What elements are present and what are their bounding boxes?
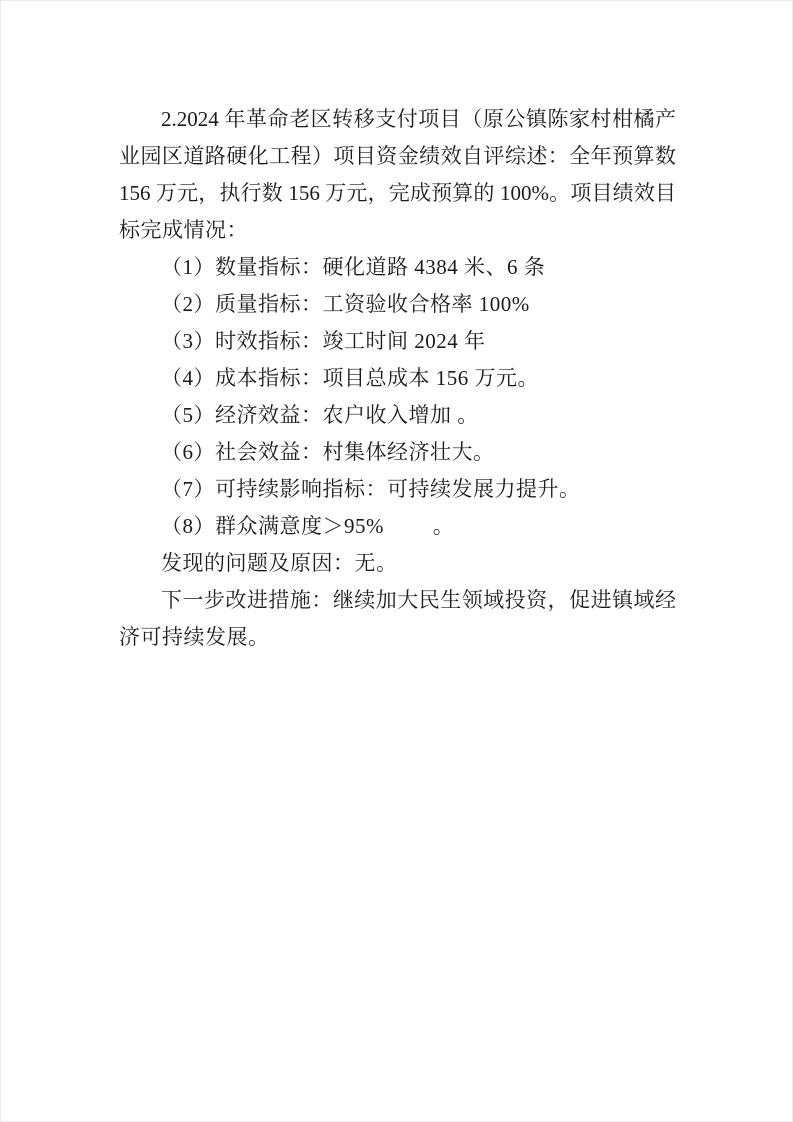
text-line: （3）时效指标：竣工时间 2024 年 bbox=[119, 323, 676, 360]
text-line: 2.2024 年革命老区转移支付项目（原公镇陈家村柑橘产 bbox=[119, 101, 676, 138]
text-line: 标完成情况： bbox=[119, 212, 676, 249]
text-line: （2）质量指标：工资验收合格率 100% bbox=[119, 286, 676, 323]
text-line: 156 万元，执行数 156 万元，完成预算的 100%。项目绩效目 bbox=[119, 175, 676, 212]
text-line: （8）群众满意度＞95% 。 bbox=[119, 508, 676, 545]
text-line: 发现的问题及原因：无。 bbox=[119, 545, 676, 582]
document-text: 2.2024 年革命老区转移支付项目（原公镇陈家村柑橘产业园区道路硬化工程）项目… bbox=[119, 101, 676, 656]
text-line: （7）可持续影响指标：可持续发展力提升。 bbox=[119, 471, 676, 508]
text-line: 业园区道路硬化工程）项目资金绩效自评综述：全年预算数 bbox=[119, 138, 676, 175]
text-line: （5）经济效益：农户收入增加 。 bbox=[119, 397, 676, 434]
text-line: 下一步改进措施：继续加大民生领域投资，促进镇域经 bbox=[119, 582, 676, 619]
document-page: 2.2024 年革命老区转移支付项目（原公镇陈家村柑橘产业园区道路硬化工程）项目… bbox=[0, 0, 793, 1122]
text-line: （1）数量指标：硬化道路 4384 米、6 条 bbox=[119, 249, 676, 286]
text-line: （6）社会效益：村集体经济壮大。 bbox=[119, 434, 676, 471]
text-line: 济可持续发展。 bbox=[119, 619, 676, 656]
text-line: （4）成本指标：项目总成本 156 万元。 bbox=[119, 360, 676, 397]
